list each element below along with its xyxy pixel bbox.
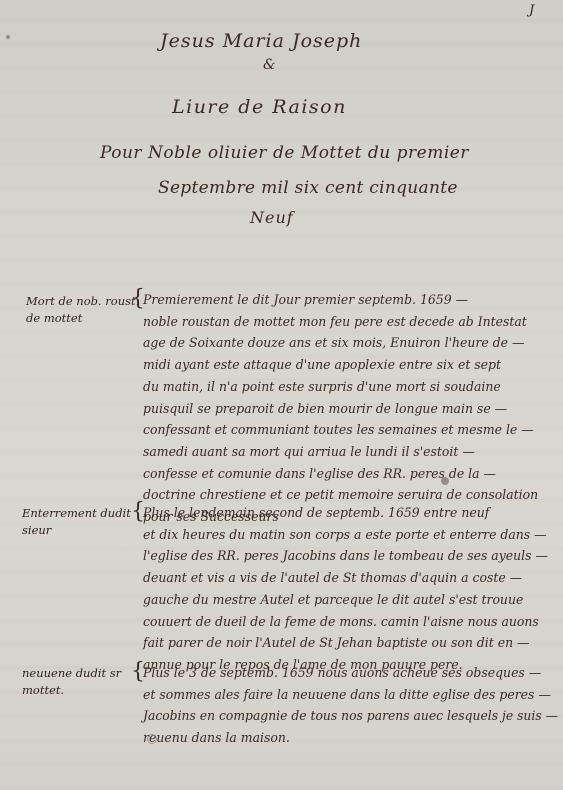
margin-note-line: sieur <box>22 522 131 539</box>
margin-note-line: neuuene dudit sr <box>22 665 121 682</box>
paper-spot <box>6 35 10 39</box>
entry-line: Plus le 3 de septemb. 1659 nous auons ac… <box>143 662 558 684</box>
entry-line: deuant et vis a vis de l'autel de St tho… <box>143 567 558 589</box>
entry-line: samedi auant sa mort qui arriua le lundi… <box>143 441 558 463</box>
margin-note-death: Mort de nob. roust. de mottet <box>26 293 139 327</box>
folio-number: J <box>529 3 534 18</box>
entry-line: couuert de dueil de la feme de mons. cam… <box>143 611 558 633</box>
heading-line-1: Pour Noble oliuier de Mottet du premier <box>100 143 469 163</box>
margin-note-line: mottet. <box>22 682 121 699</box>
entry-line: l'eglise des RR. peres Jacobins dans le … <box>143 545 558 567</box>
entry-line: confessant et communiant toutes les sema… <box>143 419 558 441</box>
ink-blot <box>441 477 449 485</box>
margin-note-line: Enterrement dudit <box>22 505 131 522</box>
margin-note-line: de mottet <box>26 310 139 327</box>
entry-line: age de Soixante douze ans et six mois, E… <box>143 332 558 354</box>
entry-line: gauche du mestre Autel et parceque le di… <box>143 589 558 611</box>
entry-line: et sommes ales faire la neuuene dans la … <box>143 684 558 706</box>
book-title: Liure de Raison <box>172 96 347 118</box>
entry-line: noble roustan de mottet mon feu pere est… <box>143 311 558 333</box>
entry-line: Jacobins en compagnie de tous nos parens… <box>143 705 555 727</box>
entry-line: puisquil se preparoit de bien mourir de … <box>143 398 558 420</box>
entry-line: Premierement le dit Jour premier septemb… <box>143 289 558 311</box>
invocation: Jesus Maria Joseph <box>160 30 362 52</box>
entry-line: fait parer de noir l'Autel de St Jehan b… <box>143 632 558 654</box>
entry-line: reuenu dans la maison. <box>143 727 558 749</box>
heading-line-2: Septembre mil six cent cinquante <box>158 178 458 198</box>
invocation-symbol: & <box>263 57 275 73</box>
entry-novena: Plus le 3 de septemb. 1659 nous auons ac… <box>143 662 563 749</box>
entry-line: du matin, il n'a point este surpris d'un… <box>143 376 558 398</box>
margin-note-novena: neuuene dudit sr mottet. <box>22 665 121 699</box>
entry-line: midi ayant este attaque d'une apoplexie … <box>143 354 558 376</box>
margin-note-line: Mort de nob. roust. <box>26 293 139 310</box>
margin-note-burial: Enterrement dudit sieur <box>22 505 131 539</box>
entry-line: confesse et comunie dans l'eglise des RR… <box>143 463 558 485</box>
entry-line: et dix heures du matin son corps a este … <box>143 524 558 546</box>
manuscript-page: J Jesus Maria Joseph & Liure de Raison P… <box>0 0 563 790</box>
entry-death: Premierement le dit Jour premier septemb… <box>143 289 563 528</box>
heading-line-3: Neuf <box>250 208 294 227</box>
paper-spot <box>147 734 157 744</box>
entry-line: Plus le lendemain second de septemb. 165… <box>143 502 558 524</box>
entry-burial: Plus le lendemain second de septemb. 165… <box>143 502 563 676</box>
